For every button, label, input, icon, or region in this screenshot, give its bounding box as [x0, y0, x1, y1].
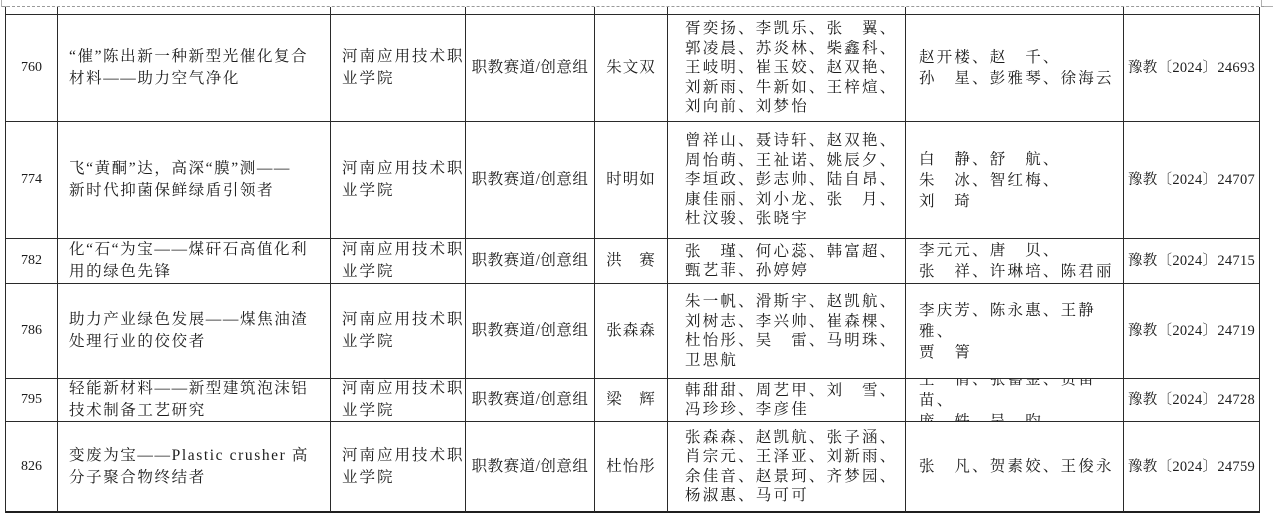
sliver-cell [668, 7, 906, 14]
project-title: 轻能新材料——新型建筑泡沫铝 技术制备工艺研究 [58, 379, 331, 422]
project-leader: 朱文双 [595, 15, 668, 122]
advisors: 赵开楼、赵 千、 孙 星、彭雅琴、徐海云 [906, 15, 1124, 122]
track-group: 职教赛道/创意组 [466, 15, 595, 122]
sliver-cell [595, 7, 668, 14]
team-members: 胥奕扬、李凯乐、张 翼、 郭凌晨、苏炎林、柴鑫科、 王岐明、崔玉姣、赵双艳、 刘… [668, 15, 906, 122]
sliver-cell [906, 7, 1124, 14]
institution: 河南应用技术职 业学院 [331, 379, 466, 422]
advisors: 李元元、唐 贝、 张 祥、许琳培、陈君丽 [906, 239, 1124, 284]
institution: 河南应用技术职 业学院 [331, 239, 466, 284]
project-leader: 杜怡彤 [595, 422, 668, 513]
institution: 河南应用技术职 业学院 [331, 15, 466, 122]
project-leader: 梁 辉 [595, 379, 668, 422]
team-members: 张森森、赵凯航、张子涵、 肖宗元、王泽亚、刘新雨、 余佳音、赵景珂、齐梦园、 杨… [668, 422, 906, 513]
sliver-cell [466, 7, 595, 14]
serial-number: 782 [6, 239, 58, 284]
track-group: 职教赛道/创意组 [466, 422, 595, 513]
track-group: 职教赛道/创意组 [466, 379, 595, 422]
project-leader: 张森森 [595, 284, 668, 379]
sliver-cell [1124, 7, 1260, 14]
track-group: 职教赛道/创意组 [466, 284, 595, 379]
document-number: 豫教〔2024〕24759 [1124, 422, 1260, 513]
team-members: 韩甜甜、周艺甲、刘 雪、 冯珍珍、李彦佳 [668, 379, 906, 422]
serial-number: 795 [6, 379, 58, 422]
project-title: 助力产业绿色发展——煤焦油渣 处理行业的佼佼者 [58, 284, 331, 379]
serial-number: 786 [6, 284, 58, 379]
institution: 河南应用技术职 业学院 [331, 422, 466, 513]
serial-number: 826 [6, 422, 58, 513]
team-members: 朱一帆、滑斯宇、赵凯航、 刘树志、李兴帅、崔森棵、 杜怡彤、吴 雷、马明珠、 卫… [668, 284, 906, 379]
document-number: 豫教〔2024〕24693 [1124, 15, 1260, 122]
institution: 河南应用技术职 业学院 [331, 284, 466, 379]
project-title: “催”陈出新一种新型光催化复合 材料——助力空气净化 [58, 15, 331, 122]
document-number: 豫教〔2024〕24719 [1124, 284, 1260, 379]
project-leader: 洪 赛 [595, 239, 668, 284]
advisors: 王 倩、张蓄金、贺苗苗、 庞 轶、吴 昀 [906, 379, 1124, 422]
document-number: 豫教〔2024〕24728 [1124, 379, 1260, 422]
sliver-cell [6, 7, 58, 14]
award-table: 760 “催”陈出新一种新型光催化复合 材料——助力空气净化 河南应用技术职 业… [5, 14, 1260, 513]
advisors: 李庆芳、陈永惠、王静雅、 贾 箐 [906, 284, 1124, 379]
track-group: 职教赛道/创意组 [466, 239, 595, 284]
sliver-cell [331, 7, 466, 14]
serial-number: 760 [6, 15, 58, 122]
advisors: 白 静、舒 航、 朱 冰、智红梅、 刘 琦 [906, 122, 1124, 239]
project-title: 变废为宝——Plastic crusher 高 分子聚合物终结者 [58, 422, 331, 513]
project-leader: 时明如 [595, 122, 668, 239]
team-members: 曾祥山、聂诗轩、赵双艳、 周怡萌、王祉诺、姚辰夕、 李垣政、彭志帅、陆自昂、 康… [668, 122, 906, 239]
document-number: 豫教〔2024〕24715 [1124, 239, 1260, 284]
serial-number: 774 [6, 122, 58, 239]
document-number: 豫教〔2024〕24707 [1124, 122, 1260, 239]
project-title: 化“石“为宝——煤矸石高值化利 用的绿色先锋 [58, 239, 331, 284]
advisors: 张 凡、贺素姣、王俊永 [906, 422, 1124, 513]
previous-row-sliver [5, 7, 1260, 14]
project-title: 飞“黄酮”达，高深“膜”测—— 新时代抑菌保鲜绿盾引领者 [58, 122, 331, 239]
team-members: 张 瑾、何心蕊、韩富超、 甄艺菲、孙婷婷 [668, 239, 906, 284]
sliver-cell [58, 7, 331, 14]
track-group: 职教赛道/创意组 [466, 122, 595, 239]
institution: 河南应用技术职 业学院 [331, 122, 466, 239]
